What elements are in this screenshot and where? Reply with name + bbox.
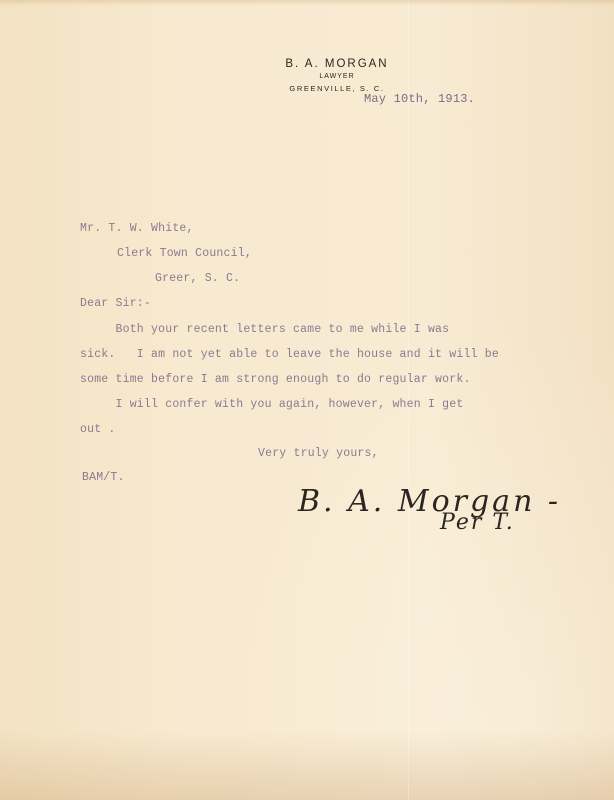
body-line: I will confer with you again, however, w…: [80, 398, 463, 411]
signature-per: Per T.: [440, 510, 515, 535]
closing: Very truly yours,: [258, 447, 379, 460]
recipient-city: Greer, S. C.: [155, 272, 240, 285]
letter-date: May 10th, 1913.: [364, 92, 475, 106]
salutation: Dear Sir:-: [80, 297, 151, 310]
letterhead-name: B. A. MORGAN: [30, 58, 614, 70]
recipient-title: Clerk Town Council,: [117, 247, 252, 260]
body-line: some time before I am strong enough to d…: [80, 373, 471, 386]
letterhead-title: LAWYER: [30, 73, 614, 80]
letter-page: B. A. MORGAN LAWYER GREENVILLE, S. C. Ma…: [0, 0, 614, 800]
body-line: sick. I am not yet able to leave the hou…: [80, 348, 499, 361]
handwritten-signature: B. A. Morgan -: [298, 484, 561, 519]
body-line: out .: [80, 423, 116, 436]
letterhead-location: GREENVILLE, S. C.: [30, 84, 614, 93]
recipient-name: Mr. T. W. White,: [80, 222, 194, 235]
body-line: Both your recent letters came to me whil…: [80, 323, 449, 336]
reference-initials: BAM/T.: [82, 471, 125, 484]
